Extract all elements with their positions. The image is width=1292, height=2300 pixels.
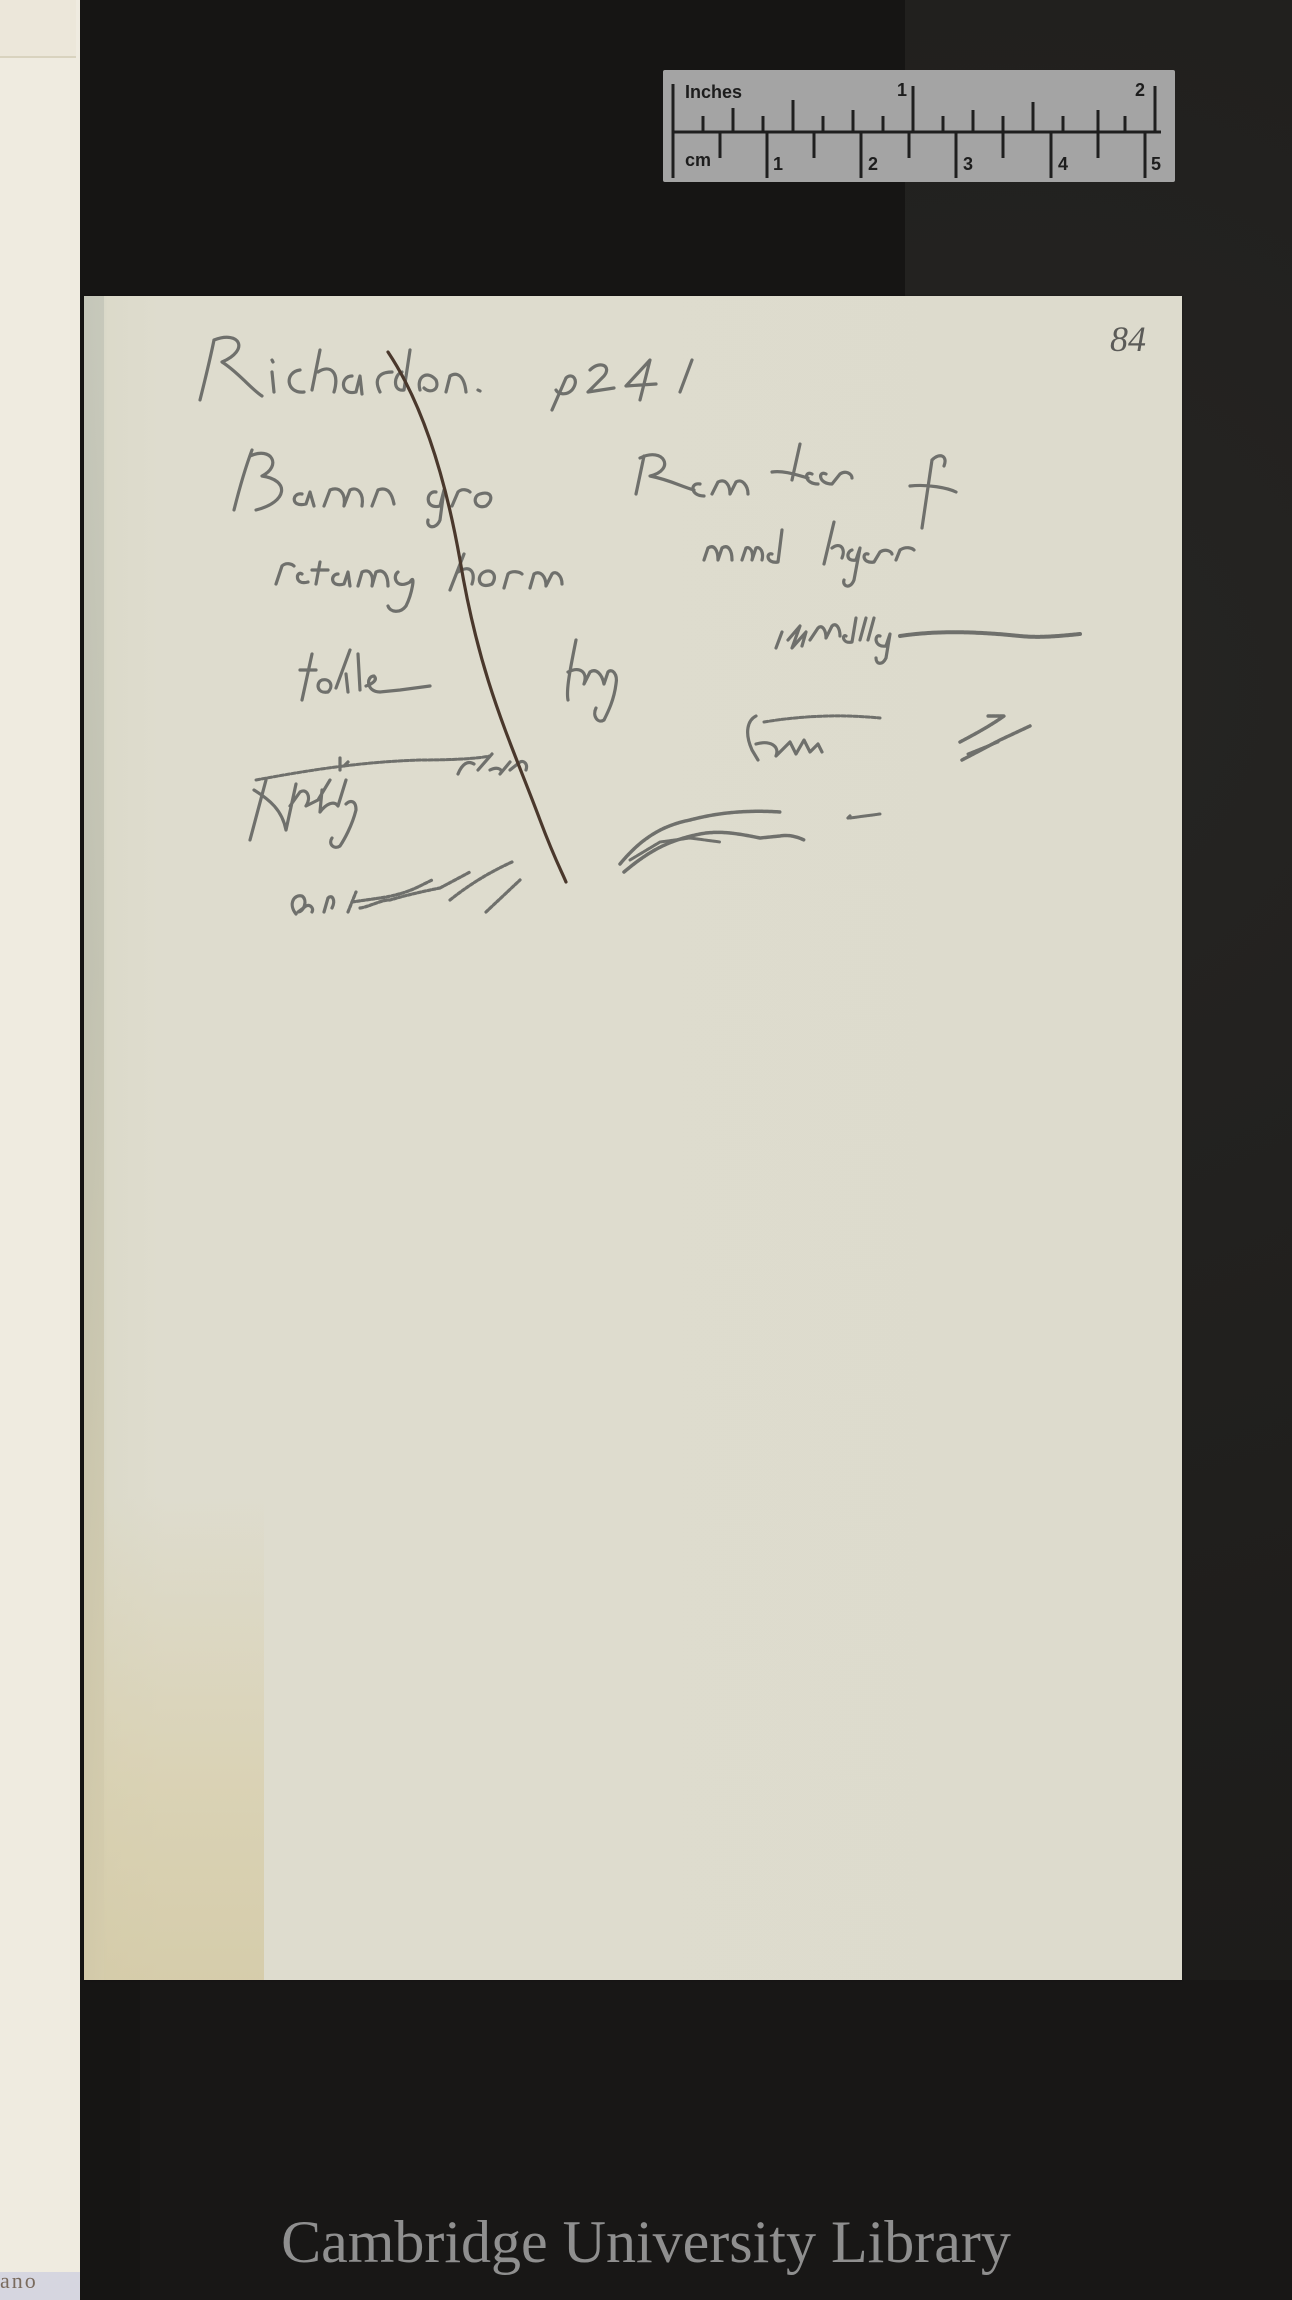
institution-watermark: Cambridge University Library <box>0 2208 1292 2277</box>
pencil-handwriting-icon <box>0 0 1292 2300</box>
